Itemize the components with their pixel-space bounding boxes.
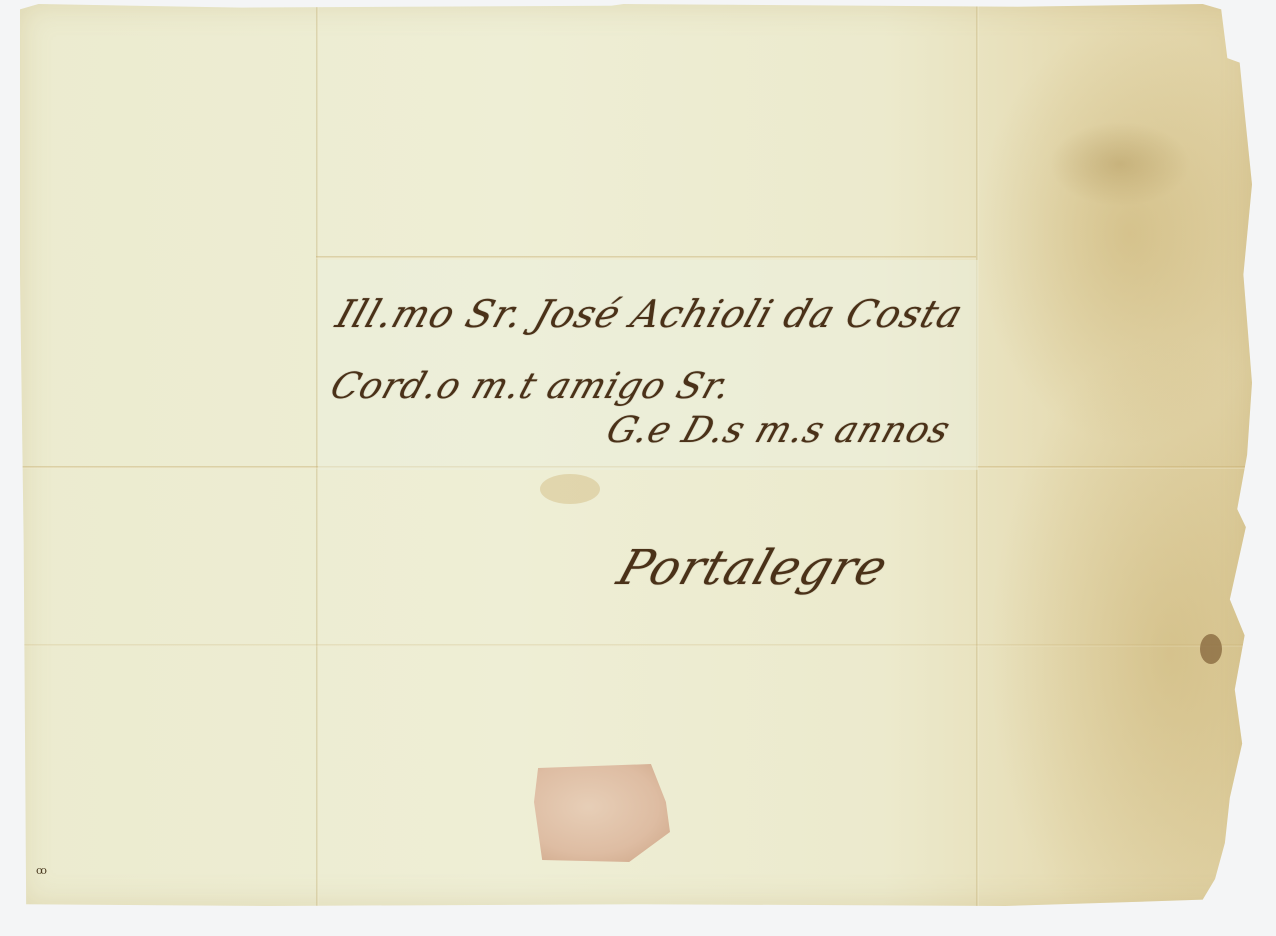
address-line-3: G.e D.s m.s annos [601, 410, 955, 451]
fold-line-top [316, 256, 976, 259]
address-line-2: Cord.o m.t amigo Sr. [325, 366, 736, 407]
wax-seal-remnant [534, 762, 670, 862]
water-stain [540, 474, 600, 504]
address-line-1: Ill.mo Sr. José Achioli da Costa [331, 292, 969, 336]
ink-stain [1200, 634, 1222, 664]
address-place: Portalegre [611, 540, 895, 596]
edge-mark: ꝏ [36, 864, 47, 877]
fold-line-lower [20, 644, 1252, 647]
